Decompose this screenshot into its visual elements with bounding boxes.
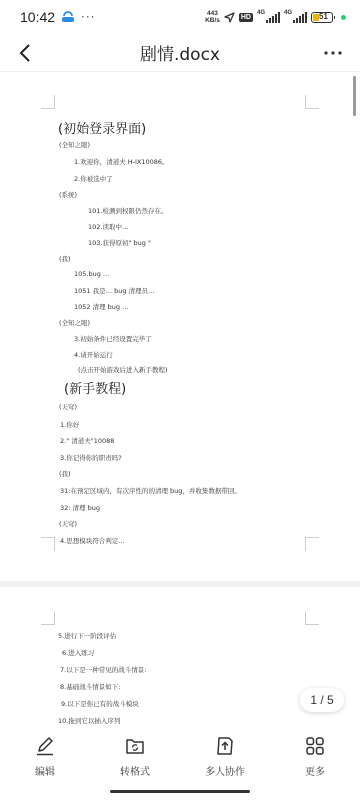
page-margin-mark — [305, 611, 319, 625]
section-heading: (新手教程) — [64, 378, 126, 397]
doc-line: 105.bug … — [74, 270, 109, 278]
doc-line: (天穹) — [59, 519, 77, 528]
doc-line: (全知之眼) — [59, 140, 90, 149]
section-heading: (初始登录界面) — [58, 118, 146, 137]
edit-label: 编辑 — [35, 763, 55, 778]
convert-format-icon — [124, 735, 146, 757]
document-viewer[interactable]: (初始登录界面) (全知之眼) 1.欢迎你，清道夫 H-IX10086。 2.你… — [0, 73, 360, 725]
doc-line: 3.你记得你的职责吗? — [60, 453, 122, 462]
location-icon — [224, 8, 235, 27]
doc-line: 1.你好 — [60, 420, 79, 429]
convert-format-label: 转格式 — [120, 763, 150, 778]
doc-line: 1052 清理 bug … — [74, 302, 129, 311]
edit-icon — [34, 735, 56, 757]
edit-button[interactable]: 编辑 — [0, 725, 90, 800]
doc-line: 3.初始条件已经设置完毕了 — [74, 334, 152, 343]
doc-line: 31:在预定区域内，有次序性的的清理 bug，并收集数据带回。 — [60, 486, 241, 495]
doc-line: (全知之眼) — [59, 318, 90, 327]
more-grid-icon — [304, 735, 326, 757]
app-bar: 剧情.docx — [0, 34, 360, 72]
doc-line: 101.检测到权限仍然存在。 — [88, 206, 167, 215]
doc-line: 102.读取中… — [88, 222, 128, 231]
doc-line: 103.获得原初" bug " — [88, 238, 151, 247]
hd-voice-icon: HD — [239, 13, 253, 22]
doc-line: 7.以下是一种常见的战斗情景: — [60, 665, 146, 674]
document-page-1: (初始登录界面) (全知之眼) 1.欢迎你，清道夫 H-IX10086。 2.你… — [0, 73, 360, 581]
signal-strength-icon-1: 4G — [257, 12, 280, 23]
convert-format-button[interactable]: 转格式 — [90, 725, 180, 800]
page-margin-mark — [41, 611, 55, 625]
doc-line: 2.你被选中了 — [74, 174, 113, 183]
status-bar: 10:42 ··· 443 KB/s HD 4G 4G 51 — [0, 0, 360, 34]
battery-icon: 51 — [311, 12, 333, 23]
page-margin-mark — [41, 95, 55, 109]
collaborate-button[interactable]: 多人协作 — [180, 725, 270, 800]
doc-line: (我) — [59, 254, 71, 263]
more-options-button[interactable] — [318, 38, 348, 68]
document-scrollbar[interactable] — [353, 76, 356, 116]
doc-line: (系统) — [59, 190, 77, 199]
doc-line: 4.请开始运行 — [74, 350, 113, 359]
doc-line: (我) — [59, 469, 71, 478]
document-title: 剧情.docx — [140, 40, 220, 65]
collaborate-icon — [214, 735, 236, 757]
cloud-app-icon — [61, 8, 75, 27]
home-indicator[interactable] — [110, 790, 250, 794]
signal-strength-icon-2: 4G — [284, 12, 307, 23]
page-indicator: 1 / 5 — [300, 688, 344, 712]
doc-line: 9.以下是你已有的战斗模块 — [61, 699, 139, 708]
doc-line: 4.思想模块符合判定… — [60, 536, 125, 545]
net-speed: 443 KB/s — [205, 10, 220, 24]
chevron-left-icon — [18, 43, 32, 63]
page-margin-mark — [41, 537, 55, 551]
privacy-indicator-dot — [341, 15, 346, 20]
doc-line: 1.欢迎你，清道夫 H-IX10086。 — [74, 157, 169, 166]
doc-line: 5.进行下一阶段评估 — [58, 631, 116, 640]
page-margin-mark — [305, 537, 319, 551]
doc-line: 10.拖到它以插入序列 — [58, 716, 120, 725]
back-button[interactable] — [10, 38, 40, 68]
doc-line: 6.进入练习 — [62, 648, 94, 657]
more-button[interactable]: 更多 — [270, 725, 360, 800]
doc-line: (天穹) — [59, 402, 77, 411]
more-label: 更多 — [305, 763, 325, 778]
bottom-toolbar: 编辑 转格式 多人协作 更多 — [0, 725, 360, 800]
notification-more-icon: ··· — [81, 10, 95, 24]
doc-line: 32: 清理 bug — [60, 503, 100, 512]
collaborate-label: 多人协作 — [205, 763, 245, 778]
status-time: 10:42 — [20, 9, 55, 25]
doc-line: 2." 清道夫"10088 — [60, 436, 114, 445]
page-margin-mark — [305, 95, 319, 109]
doc-line: 8.基础战斗情景如下: — [60, 682, 120, 691]
doc-line: (点击开始游戏后进入新手教程) — [78, 365, 168, 374]
more-horizontal-icon — [324, 51, 342, 55]
doc-line: 1051 我是… bug 清理员… — [74, 286, 155, 295]
